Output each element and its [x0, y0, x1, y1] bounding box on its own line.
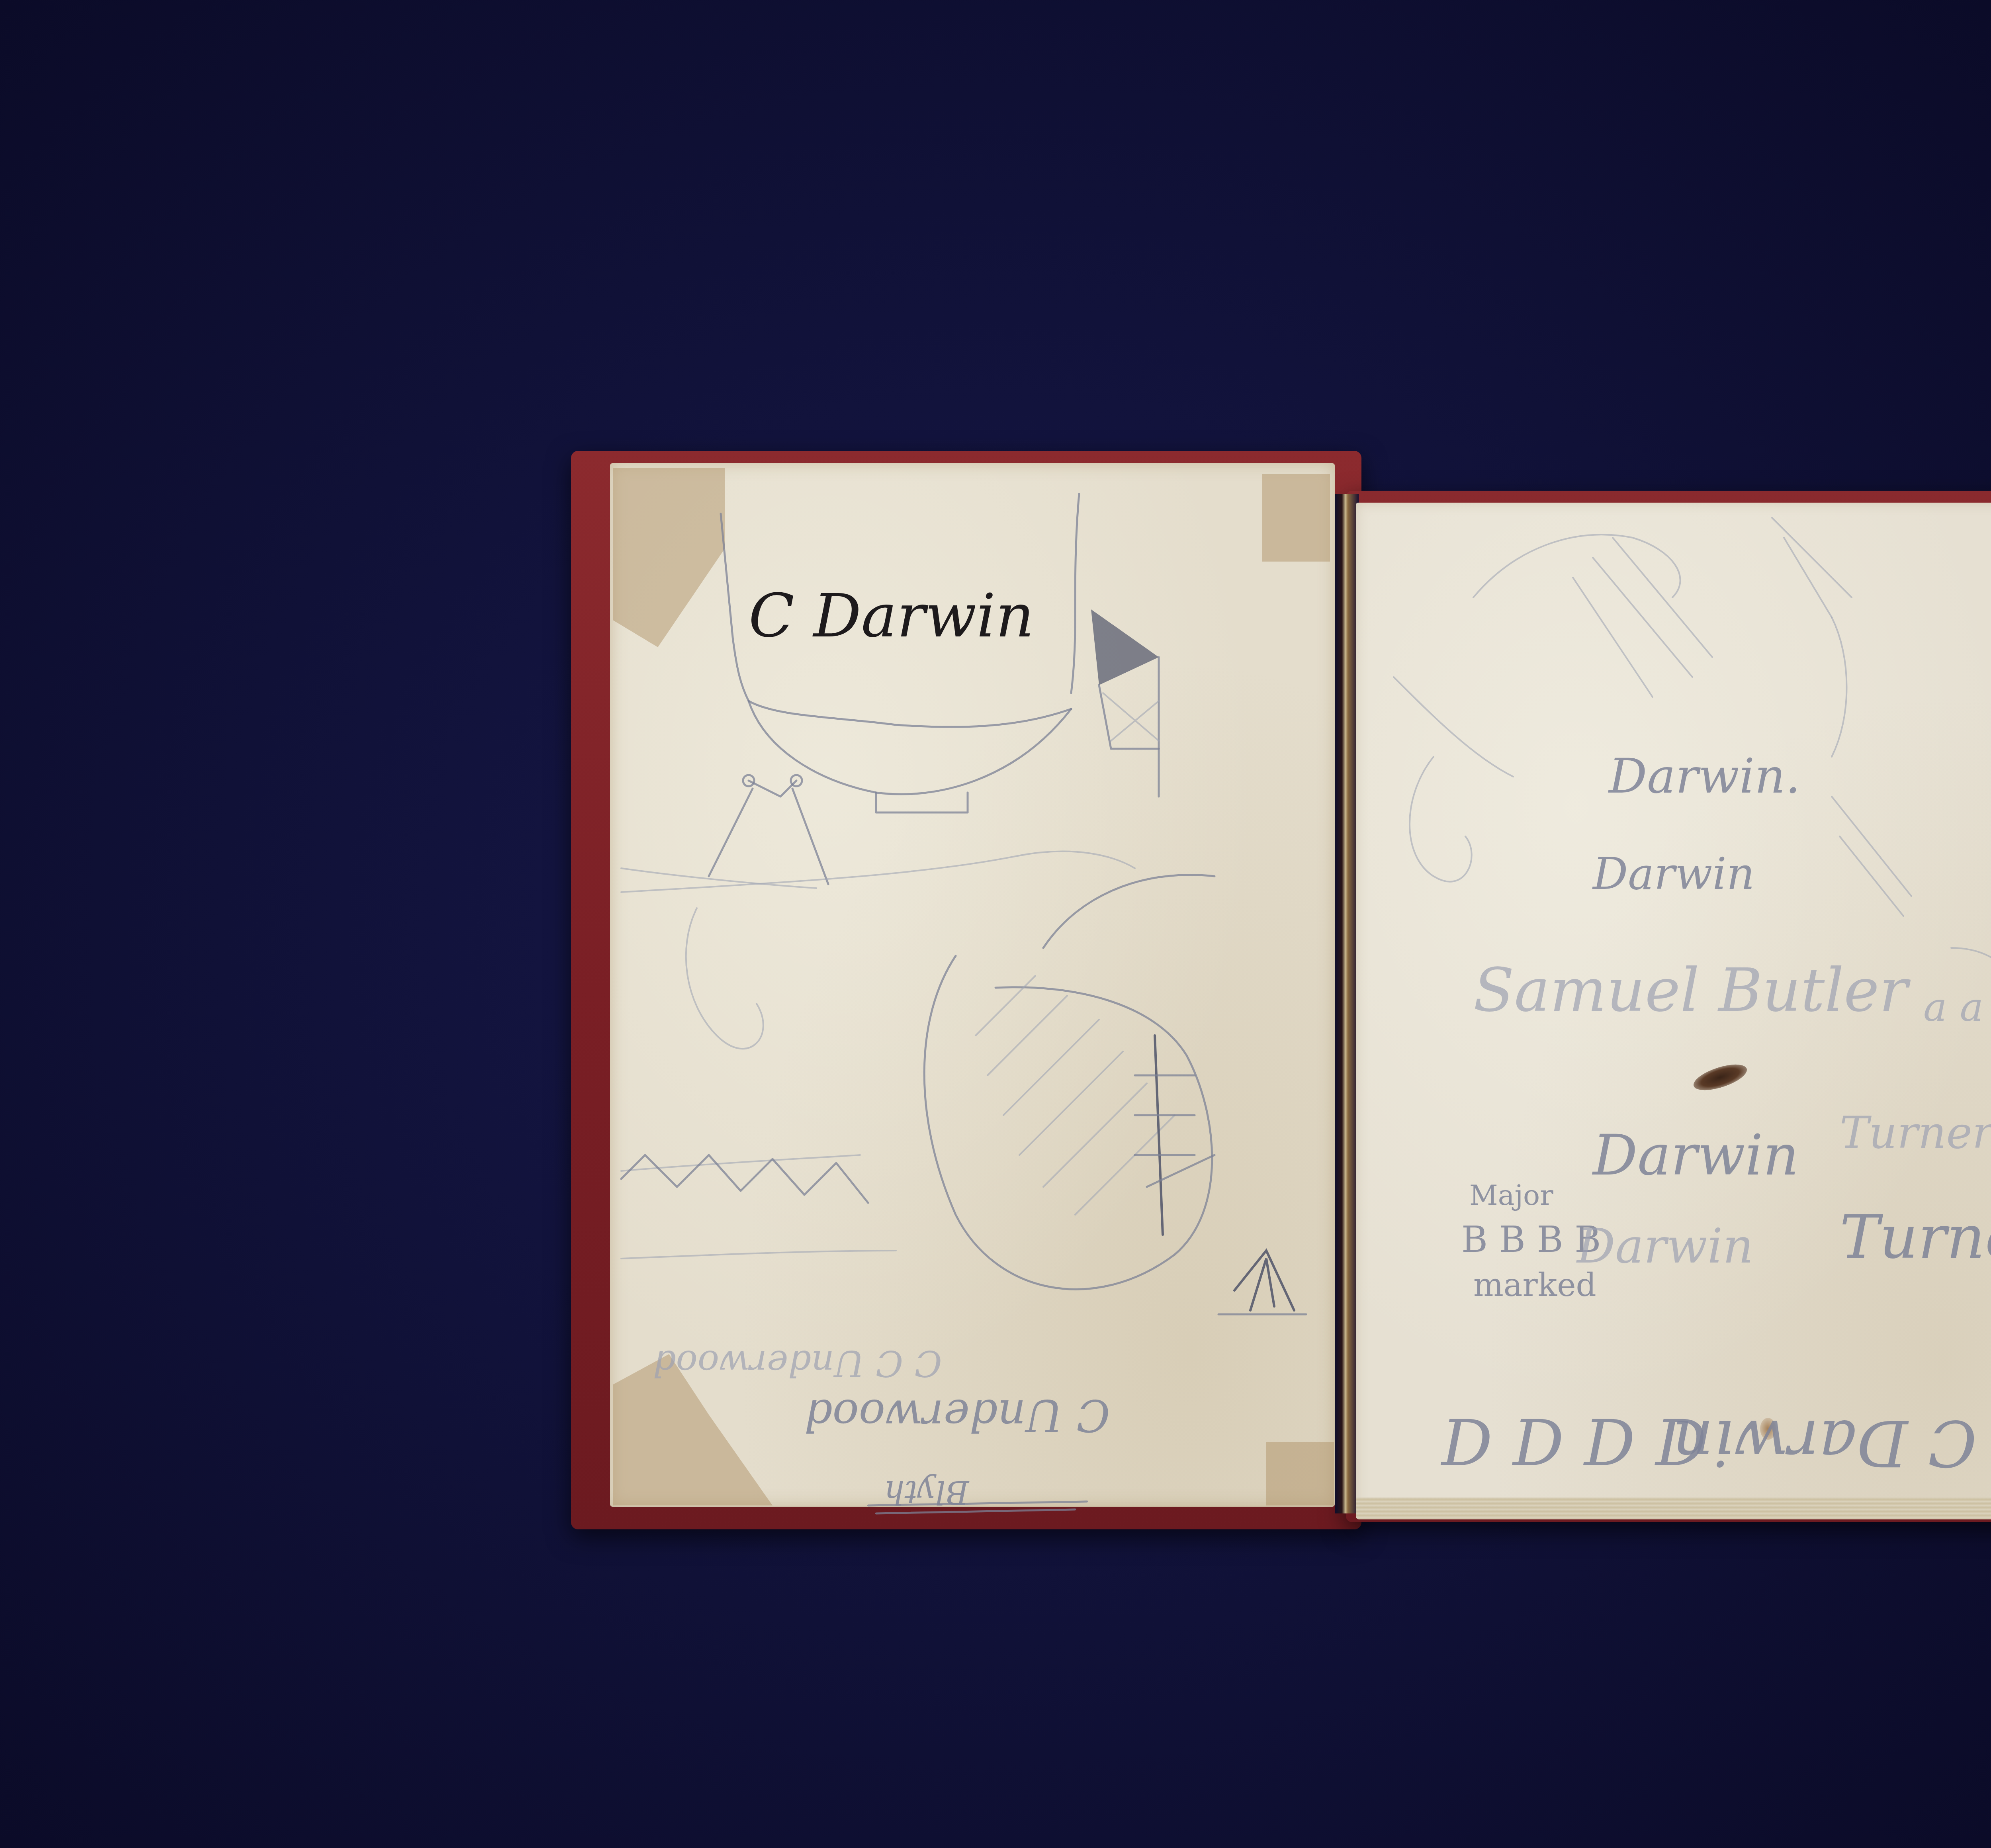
tape-stain-bottom-right — [1266, 1442, 1334, 1505]
inscription-turner-faint: Turner — [1840, 1107, 1991, 1158]
book-spine-gutter — [1335, 494, 1359, 1513]
page-block-bottom-edge — [1356, 1498, 1991, 1519]
crossed-out-name: Blyth — [884, 1474, 969, 1511]
inscription-darwin-1: Darwin. — [1609, 749, 1801, 804]
inscription-aa: a a — [1923, 984, 1983, 1030]
inscription-darwin-2: Darwin — [1593, 848, 1755, 899]
inscription-major: Major — [1469, 1179, 1553, 1212]
inscription-dddd: D D D D — [1441, 1406, 1707, 1480]
ink-signature: C Darwin — [749, 581, 1034, 651]
inscription-darwin-3: Darwin — [1593, 1123, 1799, 1188]
inscription-turner: Turner — [1840, 1203, 1991, 1272]
inscription-darwin-4: Darwin — [1577, 1219, 1754, 1274]
upside-down-inscription: C Underwood — [804, 1390, 1110, 1441]
upside-down-inscription-faint: C C Underwood — [653, 1342, 942, 1384]
tape-stain-top-right — [1262, 474, 1330, 562]
inscription-c-darwin-upside-down: C Darwin — [1672, 1406, 1977, 1480]
inscription-samuel-butler: Samuel Butler — [1473, 956, 1908, 1025]
